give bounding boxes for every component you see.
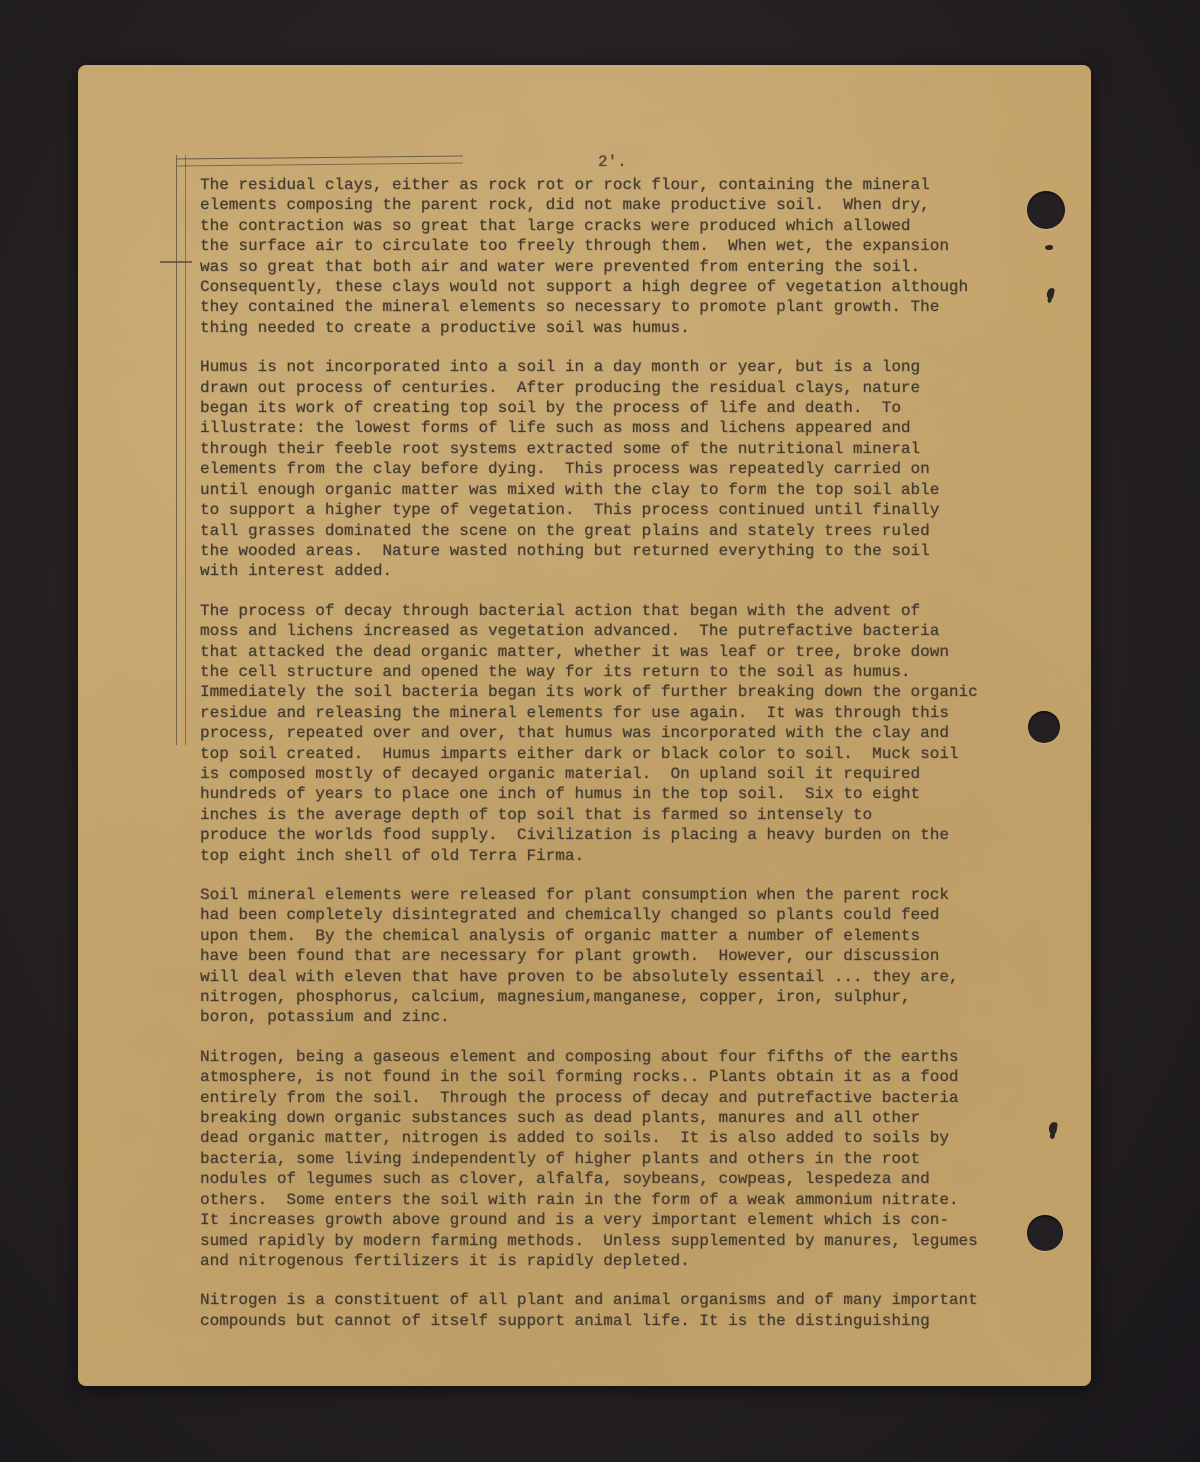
margin-rule-tick (160, 261, 192, 263)
punch-hole-middle (1028, 711, 1060, 743)
paragraph-decay-process: The process of decay through bacterial a… (200, 601, 1020, 866)
paragraph-nitrogen-constituent: Nitrogen is a constituent of all plant a… (200, 1290, 1020, 1331)
paragraph-nitrogen-sources: Nitrogen, being a gaseous element and co… (200, 1047, 1020, 1271)
margin-rule-top (177, 156, 463, 167)
ink-speck (1046, 287, 1055, 299)
punch-hole-top (1027, 191, 1065, 229)
document-page: 2'. The residual clays, either as rock r… (78, 65, 1091, 1386)
ink-speck (1048, 1122, 1058, 1135)
paragraph-residual-clays: The residual clays, either as rock rot o… (200, 175, 1020, 338)
page-number: 2'. (598, 153, 627, 171)
typewritten-text: The residual clays, either as rock rot o… (200, 175, 1020, 1350)
punch-hole-bottom (1027, 1215, 1063, 1251)
paragraph-humus-formation: Humus is not incorporated into a soil in… (200, 357, 1020, 581)
margin-rule-left (176, 155, 186, 745)
ink-speck (1045, 245, 1053, 250)
scan-background: 2'. The residual clays, either as rock r… (0, 0, 1200, 1462)
paragraph-soil-mineral-elements: Soil mineral elements were released for … (200, 885, 1020, 1028)
